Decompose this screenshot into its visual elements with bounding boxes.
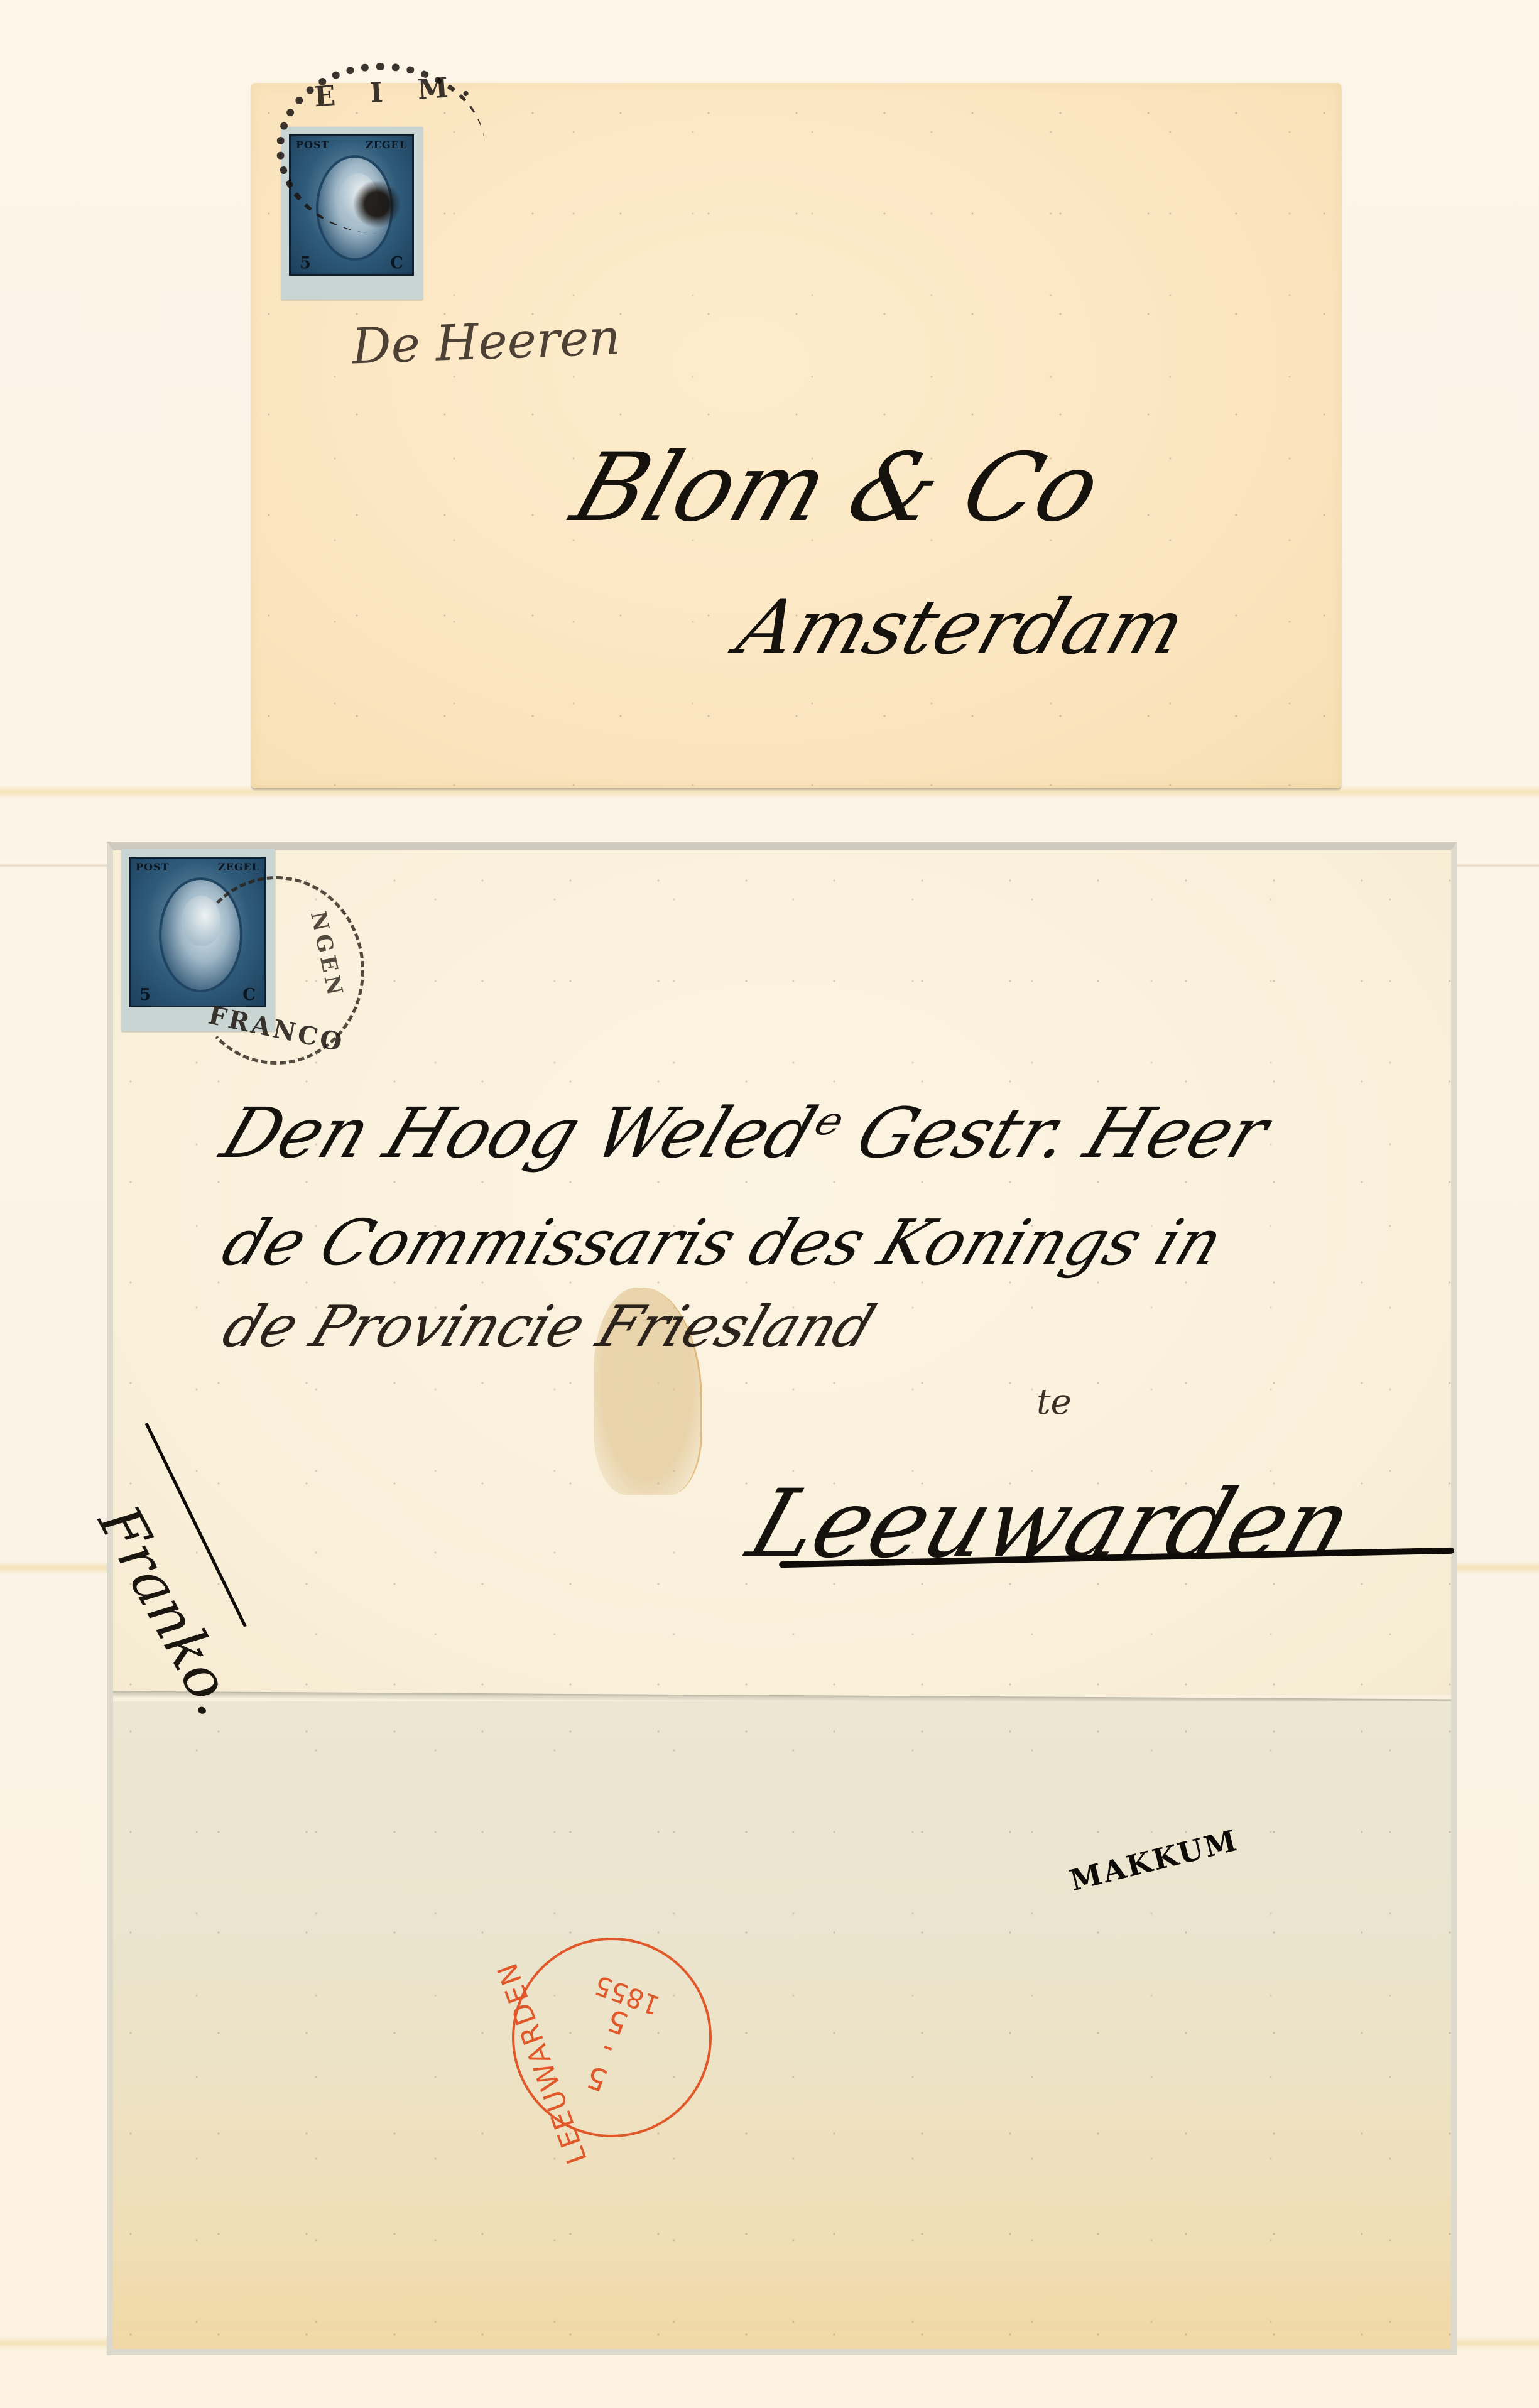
stamp-label-zegel: ZEGEL [218,861,259,873]
address-line-title: Den Hoog Weledᵉ Gestr. Heer [212,1093,1280,1173]
address-line-office: de Commissaris des Konings in [213,1206,1233,1279]
red-leeuwarden-postmark: LEEUWARDEN 5 - 5 1855 [512,1938,712,2137]
paper-texture [113,1701,1451,2349]
address-preposition: te [1036,1382,1072,1423]
stamp-value-number: 5 [139,985,151,1004]
address-city: Amsterdam [727,584,1195,671]
postmark-dot-cancel [349,176,405,232]
address-line-province: de Provincie Friesland [214,1294,884,1360]
address-recipient: Blom & Co [560,433,1114,543]
address-salutation: De Heeren [351,310,621,376]
stamp-value: 5 C [300,254,403,273]
stamp-value-number: 5 [300,254,311,273]
cover-folded-letter-leeuwarden [107,842,1457,2355]
letter-back-flap [113,1701,1451,2349]
stamp-label-post: POST [136,861,169,873]
postmark-date: 5 - 5 1855 [560,1971,663,2103]
stamp-header: POST ZEGEL [136,861,259,873]
stamp-value-unit: C [390,254,403,273]
